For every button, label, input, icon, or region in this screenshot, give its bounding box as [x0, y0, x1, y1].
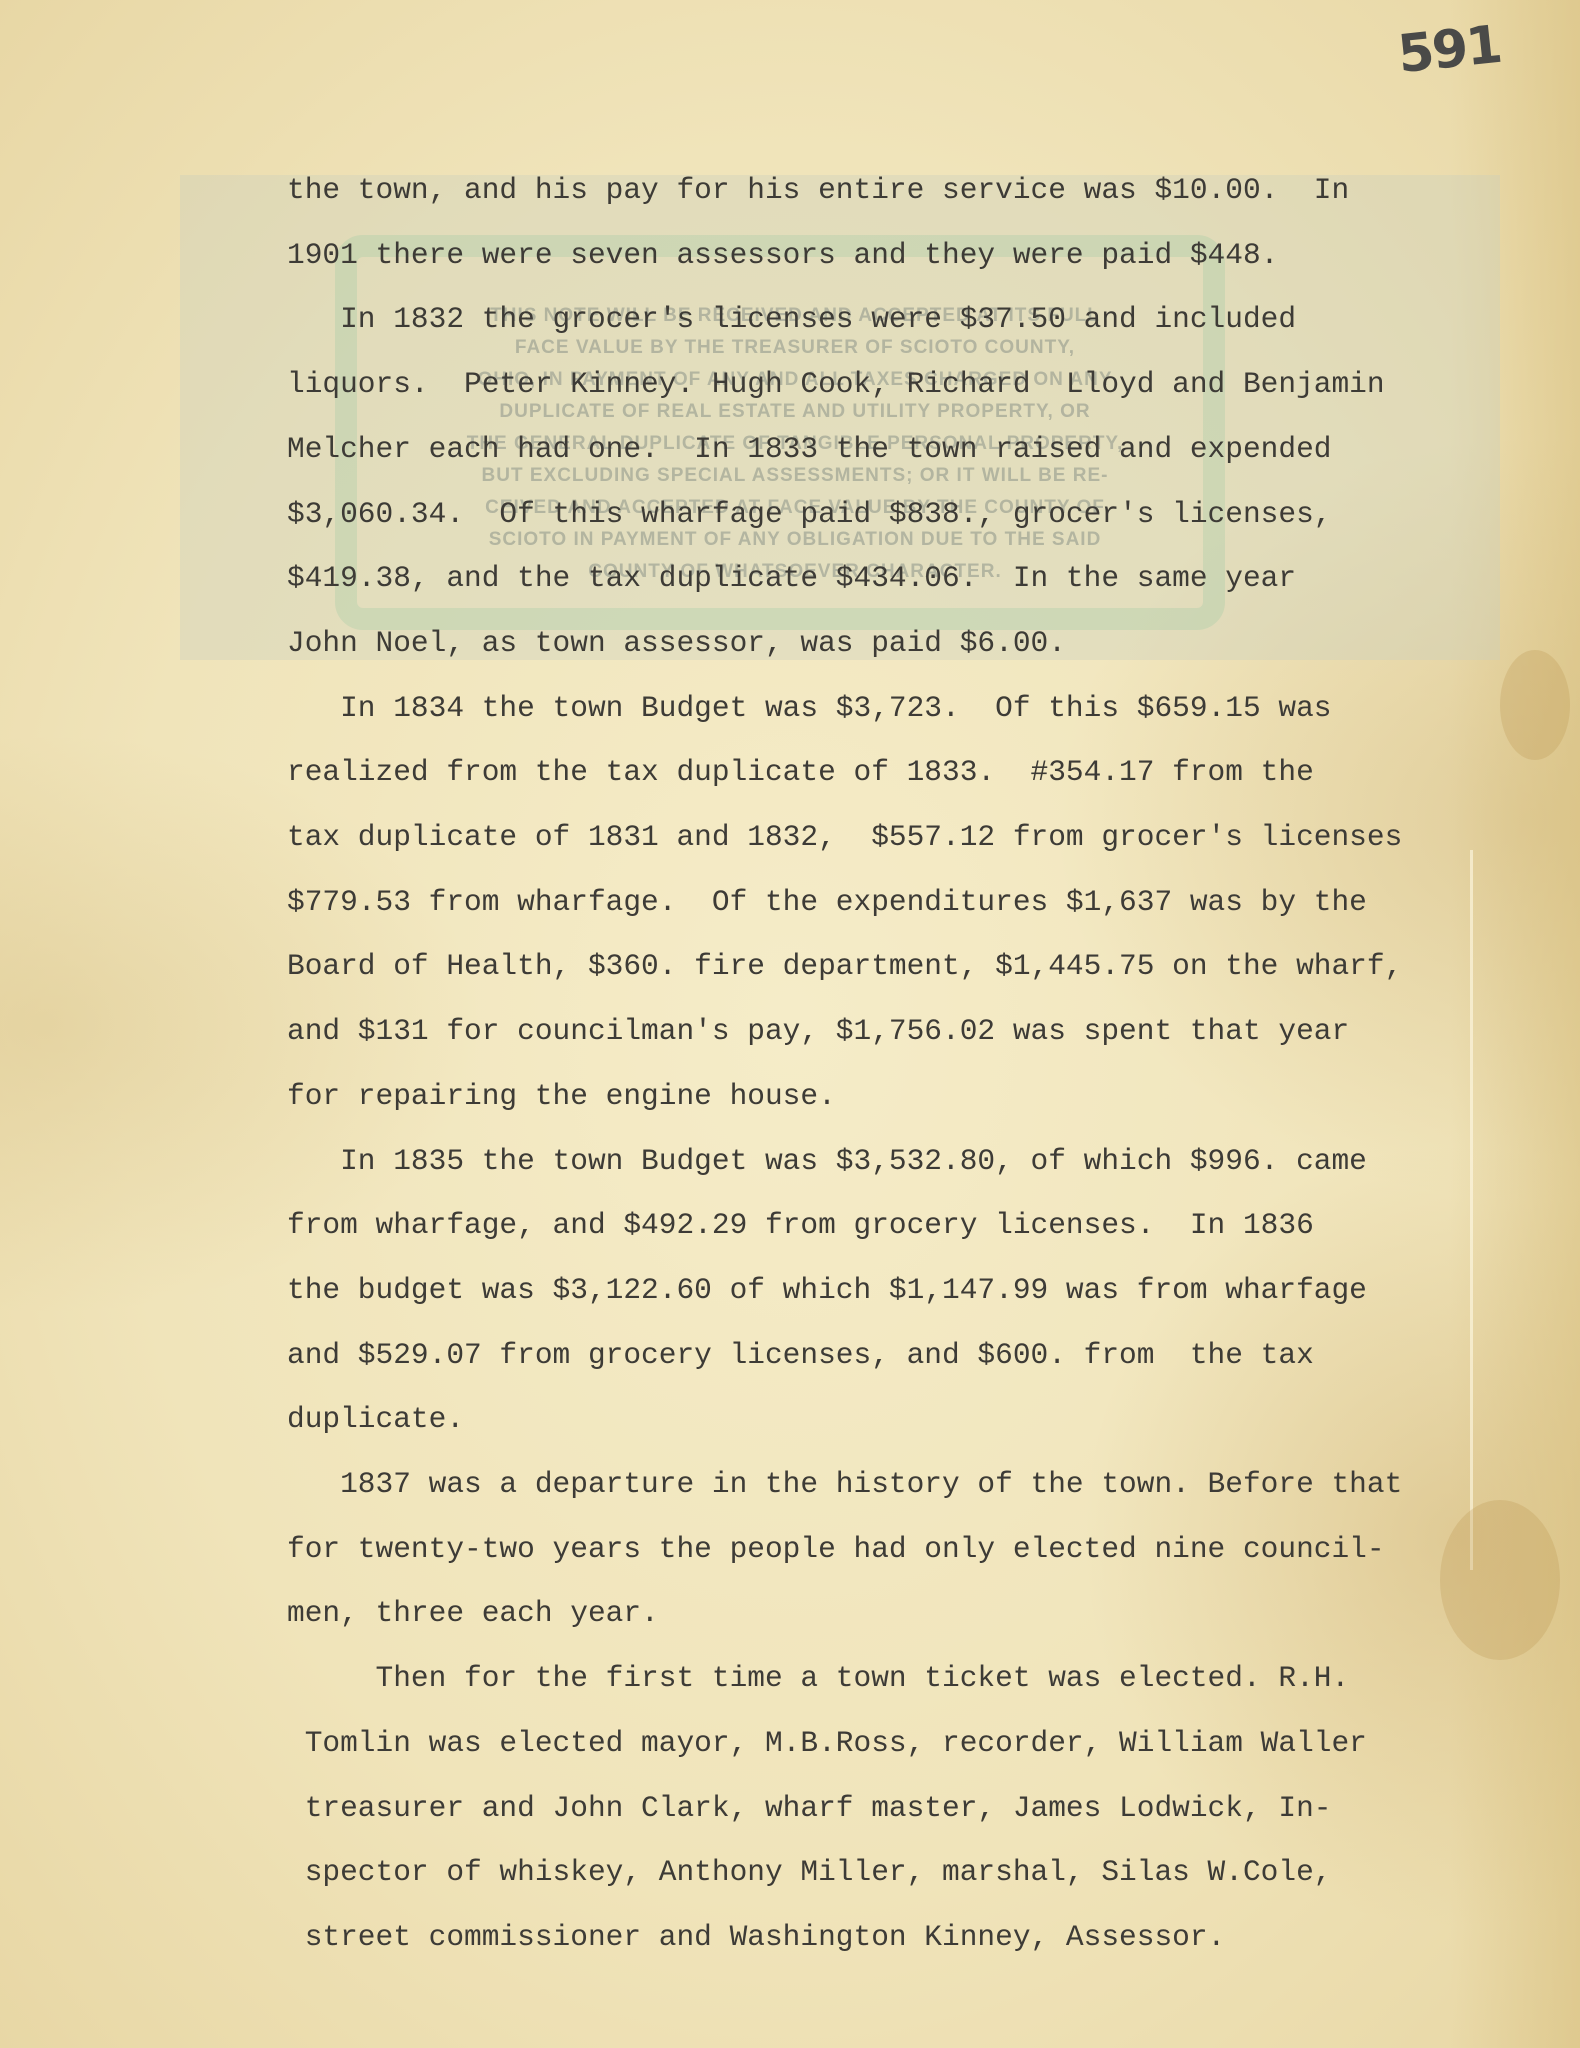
- text-line: Then for the first time a town ticket wa…: [287, 1646, 1527, 1711]
- text-line: the budget was $3,122.60 of which $1,147…: [287, 1258, 1527, 1323]
- text-line: for repairing the engine house.: [287, 1064, 1527, 1129]
- text-line: In 1834 the town Budget was $3,723. Of t…: [287, 676, 1527, 741]
- text-line: men, three each year.: [287, 1581, 1527, 1646]
- text-line: tax duplicate of 1831 and 1832, $557.12 …: [287, 805, 1527, 870]
- typewritten-body: the town, and his pay for his entire ser…: [287, 158, 1527, 1970]
- text-line: street commissioner and Washington Kinne…: [287, 1905, 1527, 1970]
- text-line: $419.38, and the tax duplicate $434.06. …: [287, 546, 1527, 611]
- text-line: the town, and his pay for his entire ser…: [287, 158, 1527, 223]
- text-line: and $529.07 from grocery licenses, and $…: [287, 1323, 1527, 1388]
- text-line: John Noel, as town assessor, was paid $6…: [287, 611, 1527, 676]
- text-line: realized from the tax duplicate of 1833.…: [287, 740, 1527, 805]
- text-line: spector of whiskey, Anthony Miller, mars…: [287, 1840, 1527, 1905]
- text-line: duplicate.: [287, 1387, 1527, 1452]
- document-page: 591 THIS NOTE WILL BE RECEIVED AND ACCEP…: [0, 0, 1580, 2048]
- text-line: In 1832 the grocer's licenses were $37.5…: [287, 287, 1527, 352]
- text-line: $779.53 from wharfage. Of the expenditur…: [287, 870, 1527, 935]
- text-line: 1837 was a departure in the history of t…: [287, 1452, 1527, 1517]
- text-line: liquors. Peter Kinney. Hugh Cook, Richar…: [287, 352, 1527, 417]
- text-line: In 1835 the town Budget was $3,532.80, o…: [287, 1129, 1527, 1194]
- text-line: from wharfage, and $492.29 from grocery …: [287, 1193, 1527, 1258]
- text-line: Tomlin was elected mayor, M.B.Ross, reco…: [287, 1711, 1527, 1776]
- text-line: for twenty-two years the people had only…: [287, 1517, 1527, 1582]
- text-line: Melcher each had one. In 1833 the town r…: [287, 417, 1527, 482]
- text-line: $3,060.34. Of this wharfage paid $838., …: [287, 482, 1527, 547]
- text-line: treasurer and John Clark, wharf master, …: [287, 1776, 1527, 1841]
- text-line: and $131 for councilman's pay, $1,756.02…: [287, 999, 1527, 1064]
- text-line: Board of Health, $360. fire department, …: [287, 934, 1527, 999]
- page-number: 591: [1395, 15, 1503, 85]
- text-line: 1901 there were seven assessors and they…: [287, 223, 1527, 288]
